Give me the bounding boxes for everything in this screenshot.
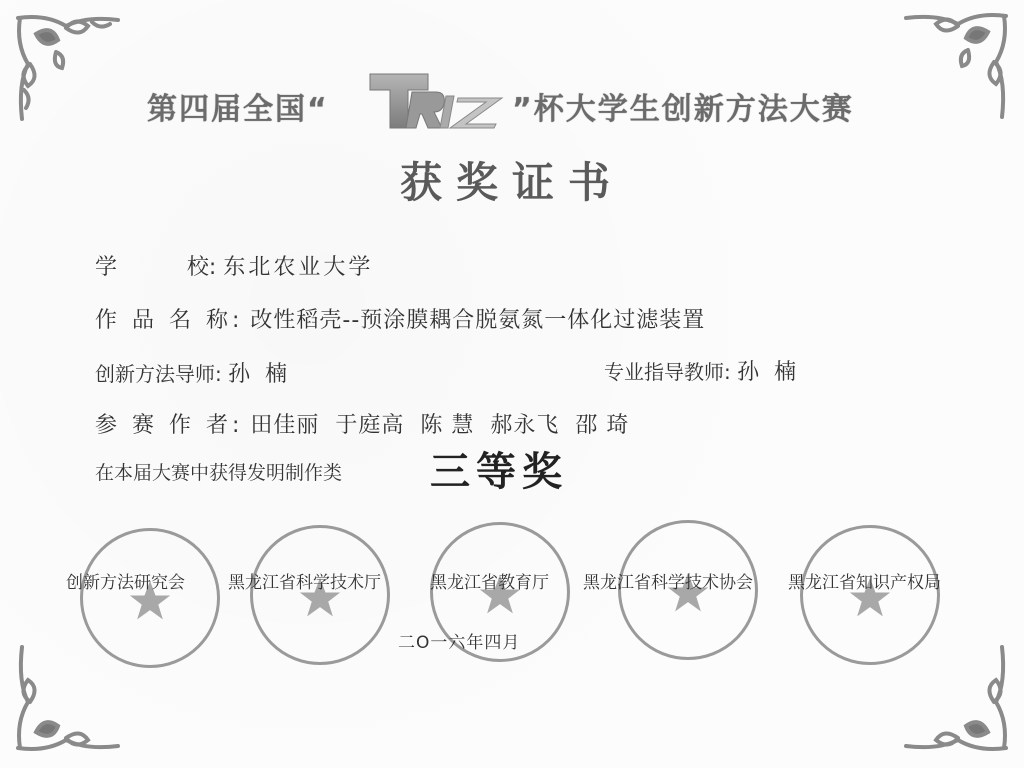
- school-row: 学 校: 东北农业大学: [95, 250, 373, 281]
- authors-label: 参 赛 作 者:: [95, 413, 243, 438]
- work-row: 作 品 名 称: 改性稻壳--预涂膜耦合脱氨氮一体化过滤装置: [95, 303, 705, 334]
- pro-mentor-row: 专业指导教师: 孙 楠: [604, 355, 800, 386]
- organizer-label: 创新方法研究会: [66, 568, 185, 593]
- work-value: 改性稻壳--预涂膜耦合脱氨氮一体化过滤装置: [250, 308, 705, 333]
- organizer-label: 黑龙江省科学技术厅: [228, 568, 381, 593]
- authors-row: 参 赛 作 者: 田佳丽 于庭高 陈 慧 郝永飞 邵 琦: [95, 408, 629, 439]
- method-mentor-label: 创新方法导师:: [95, 362, 222, 386]
- award-level: 三等奖: [430, 440, 568, 497]
- header-suffix: ”杯大学生创新方法大赛: [512, 84, 854, 128]
- certificate-page: 第四届全国“ ”杯大学生创新方法大赛 获奖证书 学 校: 东北农业大学 作 品: [0, 0, 1024, 768]
- organizer-label: 黑龙江省教育厅: [430, 568, 549, 593]
- header-prefix: 第四届全国“: [147, 84, 329, 128]
- triz-logo: [362, 70, 510, 132]
- method-mentor-value: 孙 楠: [228, 362, 291, 387]
- authors-value: 田佳丽 于庭高 陈 慧 郝永飞 邵 琦: [250, 413, 629, 438]
- work-label: 作 品 名 称:: [95, 308, 243, 333]
- seal-provincial-science-tech-dept: [250, 525, 390, 665]
- competition-header: 第四届全国“ ”杯大学生创新方法大赛: [0, 70, 1024, 140]
- school-value: 东北农业大学: [223, 255, 373, 280]
- organizer-label: 黑龙江省科学技术协会: [583, 568, 753, 593]
- seal-innovation-method-society: [80, 528, 220, 668]
- award-prefix: 在本届大赛中获得发明制作类: [95, 458, 342, 485]
- page-title: 获奖证书: [0, 150, 1024, 210]
- issue-date: 二O一六年四月: [398, 628, 520, 653]
- pro-mentor-label: 专业指导教师:: [604, 360, 731, 384]
- organizer-label: 黑龙江省知识产权局: [788, 568, 941, 593]
- school-label: 学 校:: [95, 255, 216, 280]
- seal-provincial-ip-office: [800, 525, 940, 665]
- method-mentor-row: 创新方法导师: 孙 楠: [95, 357, 291, 388]
- pro-mentor-value: 孙 楠: [737, 360, 800, 385]
